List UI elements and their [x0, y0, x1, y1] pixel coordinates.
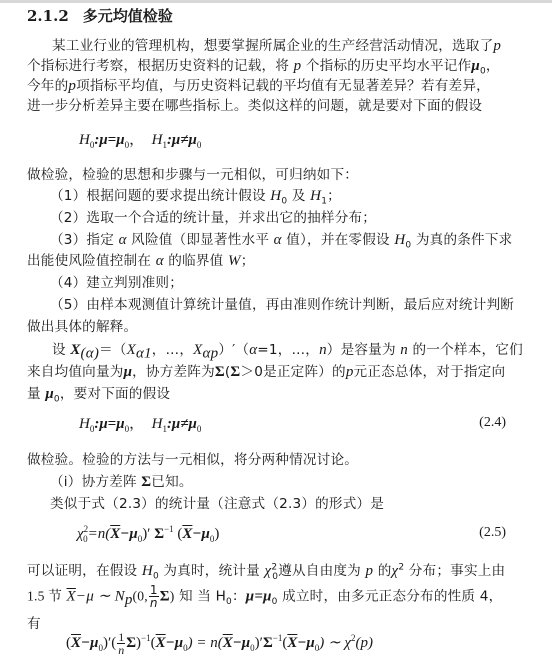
para1-line2: 个指标进行考察，根据历史资料的记载，将 p 个指标的历史平均水平记作μ0，: [27, 56, 500, 76]
para1-line1: 某工业行业的管理机构，想要掌握所属企业的生产经营活动情况，选取了p: [52, 36, 501, 56]
step-3-cont: 出能使风险值控制在 α 的临界值 W；: [27, 251, 255, 271]
para2-intro: 做检验，检验的思想和步骤与一元相似，可归纳如下：: [27, 165, 358, 185]
para5-line1: 可以证明，在假设 H0 为真时，统计量 χ20遵从自由度为 p 的χ2 分布；事…: [27, 561, 505, 581]
fraction-1-over-n: 1n: [149, 584, 159, 609]
step-5: （5）由样本观测值计算统计量值，再由准则作统计判断，最后应对统计判断: [50, 295, 514, 315]
section-number: 2.1.2: [27, 7, 69, 25]
para3-line3: 量 μ0，要对下面的假设: [27, 384, 170, 404]
section-heading: 2.1.2多元均值检验: [27, 5, 173, 26]
para4-line1: 做检验。检验的方法与一元相似，将分两种情况讨论。: [27, 450, 358, 470]
para5-line3: 有: [27, 614, 41, 634]
para1-line3: 今年的p项指标平均值，与历史资料记载的平均值有无显著差异？若有差异，: [27, 76, 490, 96]
para3-line1: 设 X(α)＝（Xα1，…，Xαp）′（α=1，…，n）是容量为 n 的一个样本…: [52, 340, 523, 360]
step-1: （1）根据问题的要求提出统计假设 H0 及 H1；: [50, 186, 341, 206]
final-equation: (X−μ0)′(1nΣ)−1(X−μ0) = n(X−μ0)′Σ−1(X−μ0)…: [66, 631, 373, 656]
para3-line2: 来自均值向量为μ，协方差阵为Σ(Σ＞0是正定阵）的p元正态总体，对于指定向: [27, 362, 505, 382]
step-4: （4）建立判别准则；: [50, 273, 183, 293]
fraction-1-over-n-2: 1n: [117, 631, 125, 656]
hypothesis-2: H0:μ=μ0， H1:μ≠μ0: [79, 413, 201, 435]
equation-number-2-5: (2.5): [479, 525, 506, 541]
step-2: （2）选取一个合适的统计量，并求出它的抽样分布；: [50, 208, 376, 228]
top-border: [0, 0, 552, 3]
section-title: 多元均值检验: [83, 7, 173, 25]
hypothesis-1: H0:μ=μ0， H1:μ≠μ0: [79, 129, 201, 151]
step-5-cont: 做出具体的解释。: [27, 317, 137, 337]
para4-line3: 类似于式（2.3）的统计量（注意式（2.3）的形式）是: [50, 494, 384, 514]
equation-2-5: χ20=n(X−μ0)′ Σ−1 (X−μ0): [77, 523, 219, 545]
para5-line2: 1.5 节 X−μ ∼ Np(0,1nΣ) 知 当 H0：μ=μ0 成立时，由多…: [27, 584, 502, 609]
para1-line4: 进一步分析差异主要在哪些指标上。类似这样的问题，就是要对下面的假设: [27, 96, 482, 116]
step-3: （3）指定 α 风险值（即显著性水平 α 值），并在零假设 H0 为真的条件下求: [50, 230, 512, 250]
equation-number-2-4: (2.4): [479, 415, 506, 431]
case-i: （i）协方差阵 Σ已知。: [50, 472, 193, 492]
